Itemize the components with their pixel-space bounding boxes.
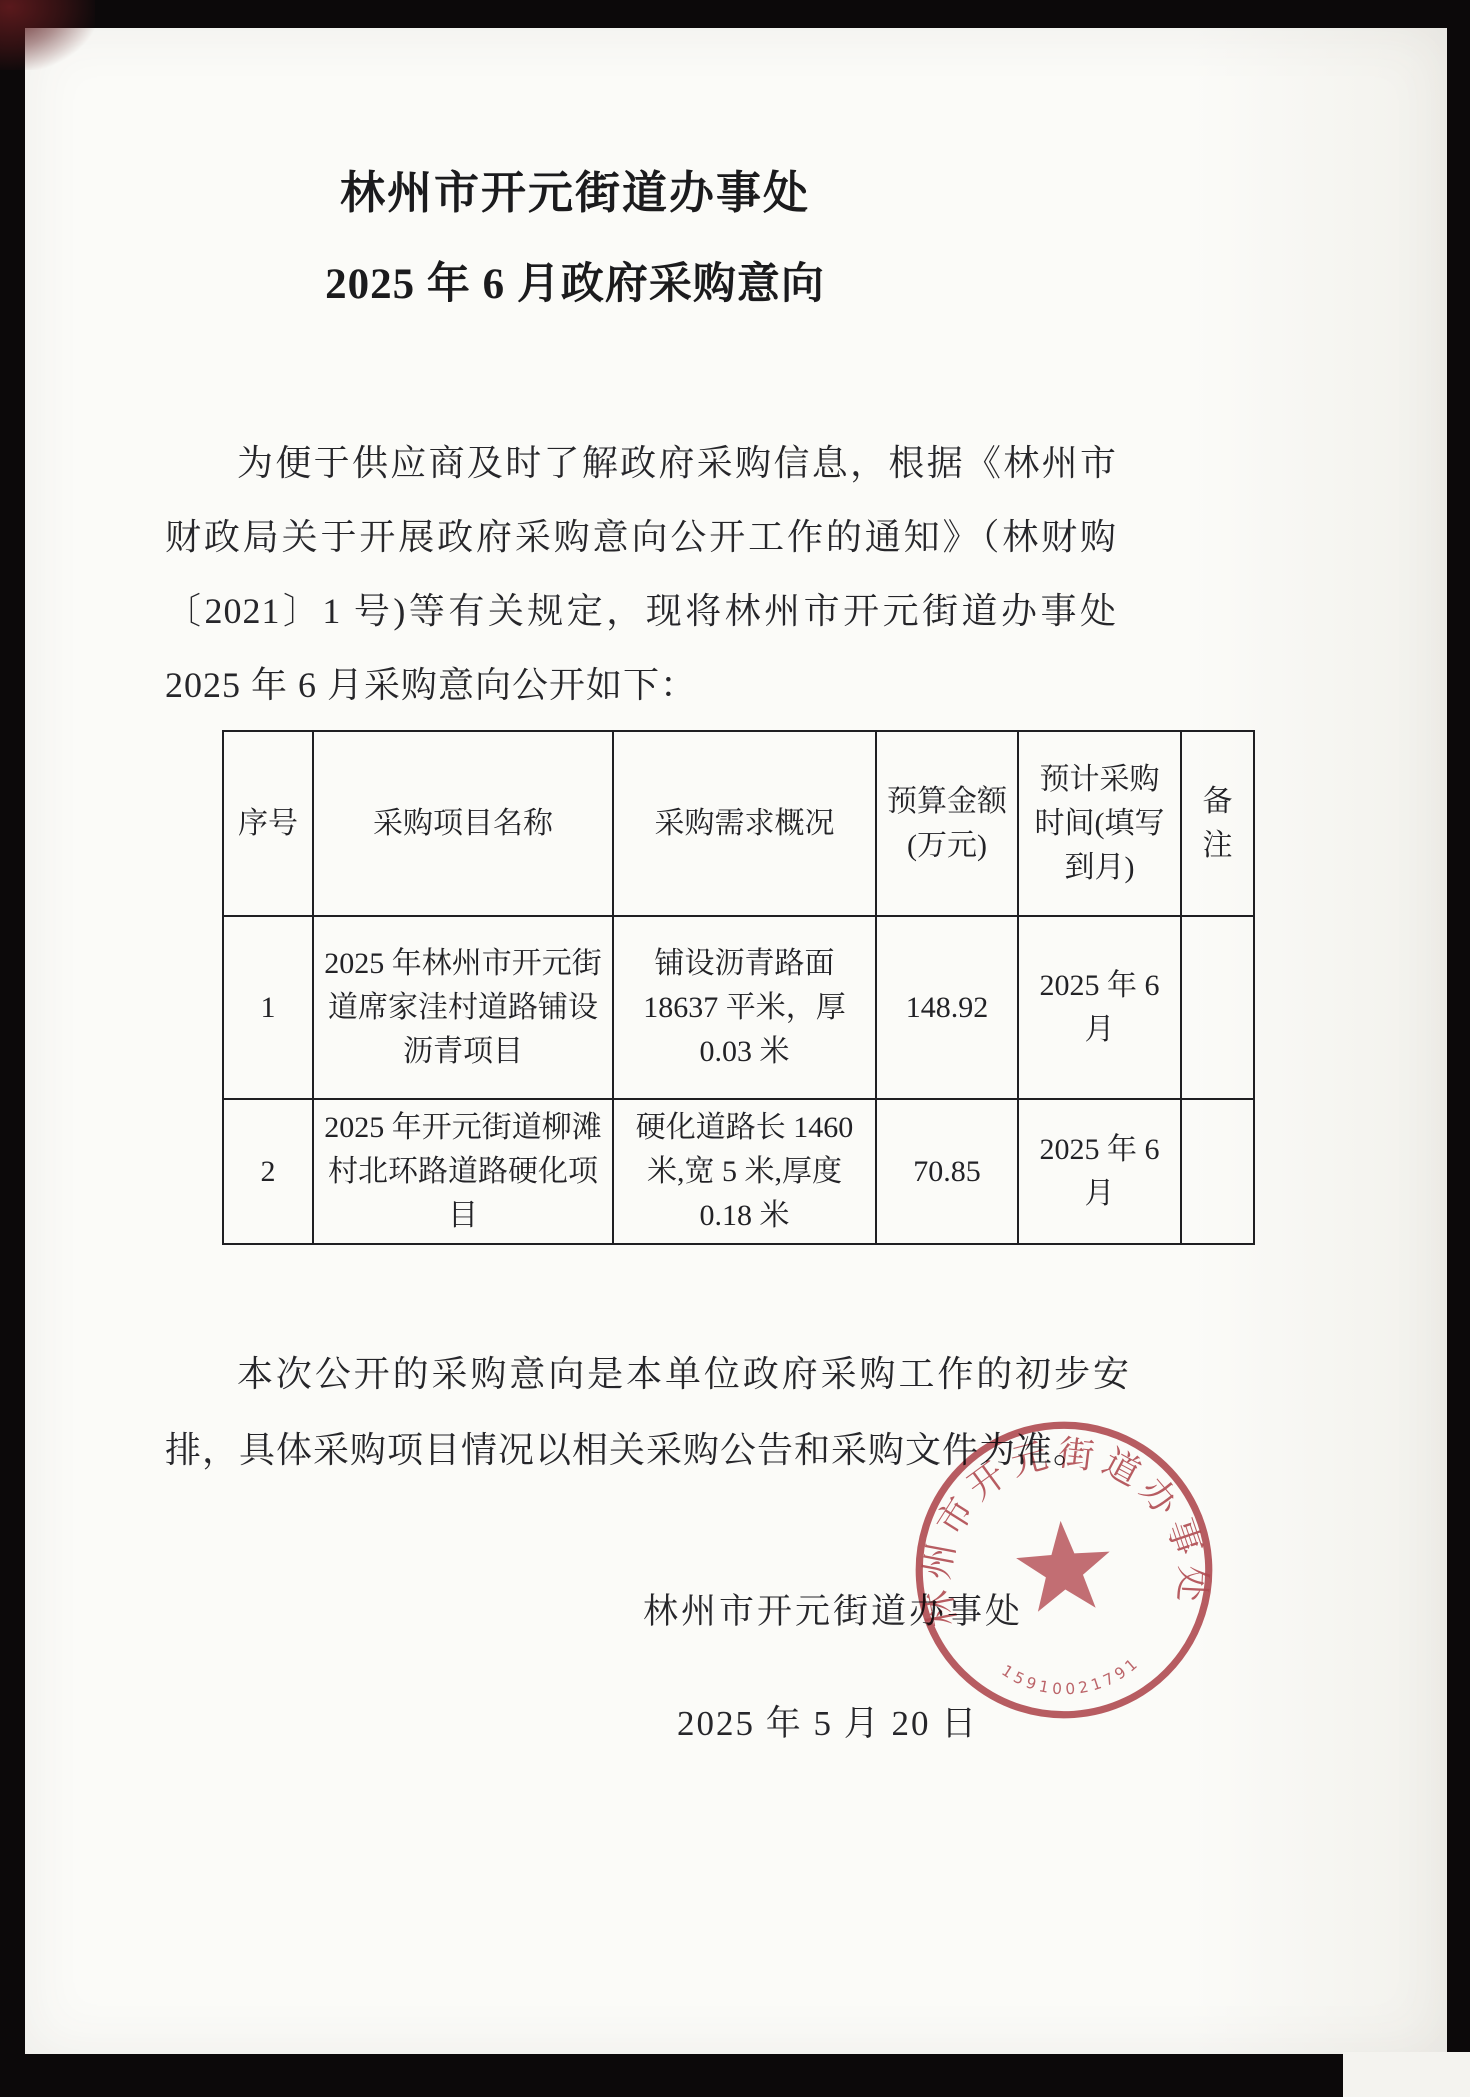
cell-project-name: 2025 年林州市开元街道席家洼村道路铺设沥青项目 <box>313 916 613 1099</box>
header-budget: 预算金额(万元) <box>876 731 1018 916</box>
table-row: 1 2025 年林州市开元街道席家洼村道路铺设沥青项目 铺设沥青路面 18637… <box>223 916 1254 1099</box>
document-page: 林州市开元街道办事处 2025 年 6 月政府采购意向 为便于供应商及时了解政府… <box>25 28 1447 2054</box>
header-demand-overview: 采购需求概况 <box>613 731 876 916</box>
cell-planned-time: 2025 年 6 月 <box>1018 916 1181 1099</box>
header-remarks: 备注 <box>1181 731 1254 916</box>
cell-demand-overview: 硬化道路长 1460 米,宽 5 米,厚度 0.18 米 <box>613 1099 876 1244</box>
page-title: 林州市开元街道办事处 <box>25 156 1125 221</box>
cell-seq: 1 <box>223 916 313 1099</box>
table-header-row: 序号 采购项目名称 采购需求概况 预算金额(万元) 预计采购时间(填写到月) 备… <box>223 731 1254 916</box>
header-project-name: 采购项目名称 <box>313 731 613 916</box>
cell-remarks <box>1181 916 1254 1099</box>
scan-corner-white <box>1343 2052 1470 2097</box>
cell-budget: 148.92 <box>876 916 1018 1099</box>
cell-remarks <box>1181 1099 1254 1244</box>
table-row: 2 2025 年开元街道柳滩村北环路道路硬化项目 硬化道路长 1460 米,宽 … <box>223 1099 1254 1244</box>
official-stamp: 林州市开元街道办事处 15910021791 <box>900 1406 1229 1735</box>
star-icon <box>1014 1518 1114 1613</box>
cell-seq: 2 <box>223 1099 313 1244</box>
header-seq: 序号 <box>223 731 313 916</box>
cell-budget: 70.85 <box>876 1099 1018 1244</box>
header-planned-time: 预计采购时间(填写到月) <box>1018 731 1181 916</box>
intro-paragraph: 为便于供应商及时了解政府采购信息，根据《林州市财政局关于开展政府采购意向公开工作… <box>165 426 1117 722</box>
page-subtitle: 2025 年 6 月政府采购意向 <box>25 250 1125 311</box>
stamp-code: 15910021791 <box>997 1652 1145 1703</box>
procurement-table: 序号 采购项目名称 采购需求概况 预算金额(万元) 预计采购时间(填写到月) 备… <box>222 730 1253 1245</box>
cell-planned-time: 2025 年 6 月 <box>1018 1099 1181 1244</box>
cell-project-name: 2025 年开元街道柳滩村北环路道路硬化项目 <box>313 1099 613 1244</box>
cell-demand-overview: 铺设沥青路面 18637 平米，厚 0.03 米 <box>613 916 876 1099</box>
